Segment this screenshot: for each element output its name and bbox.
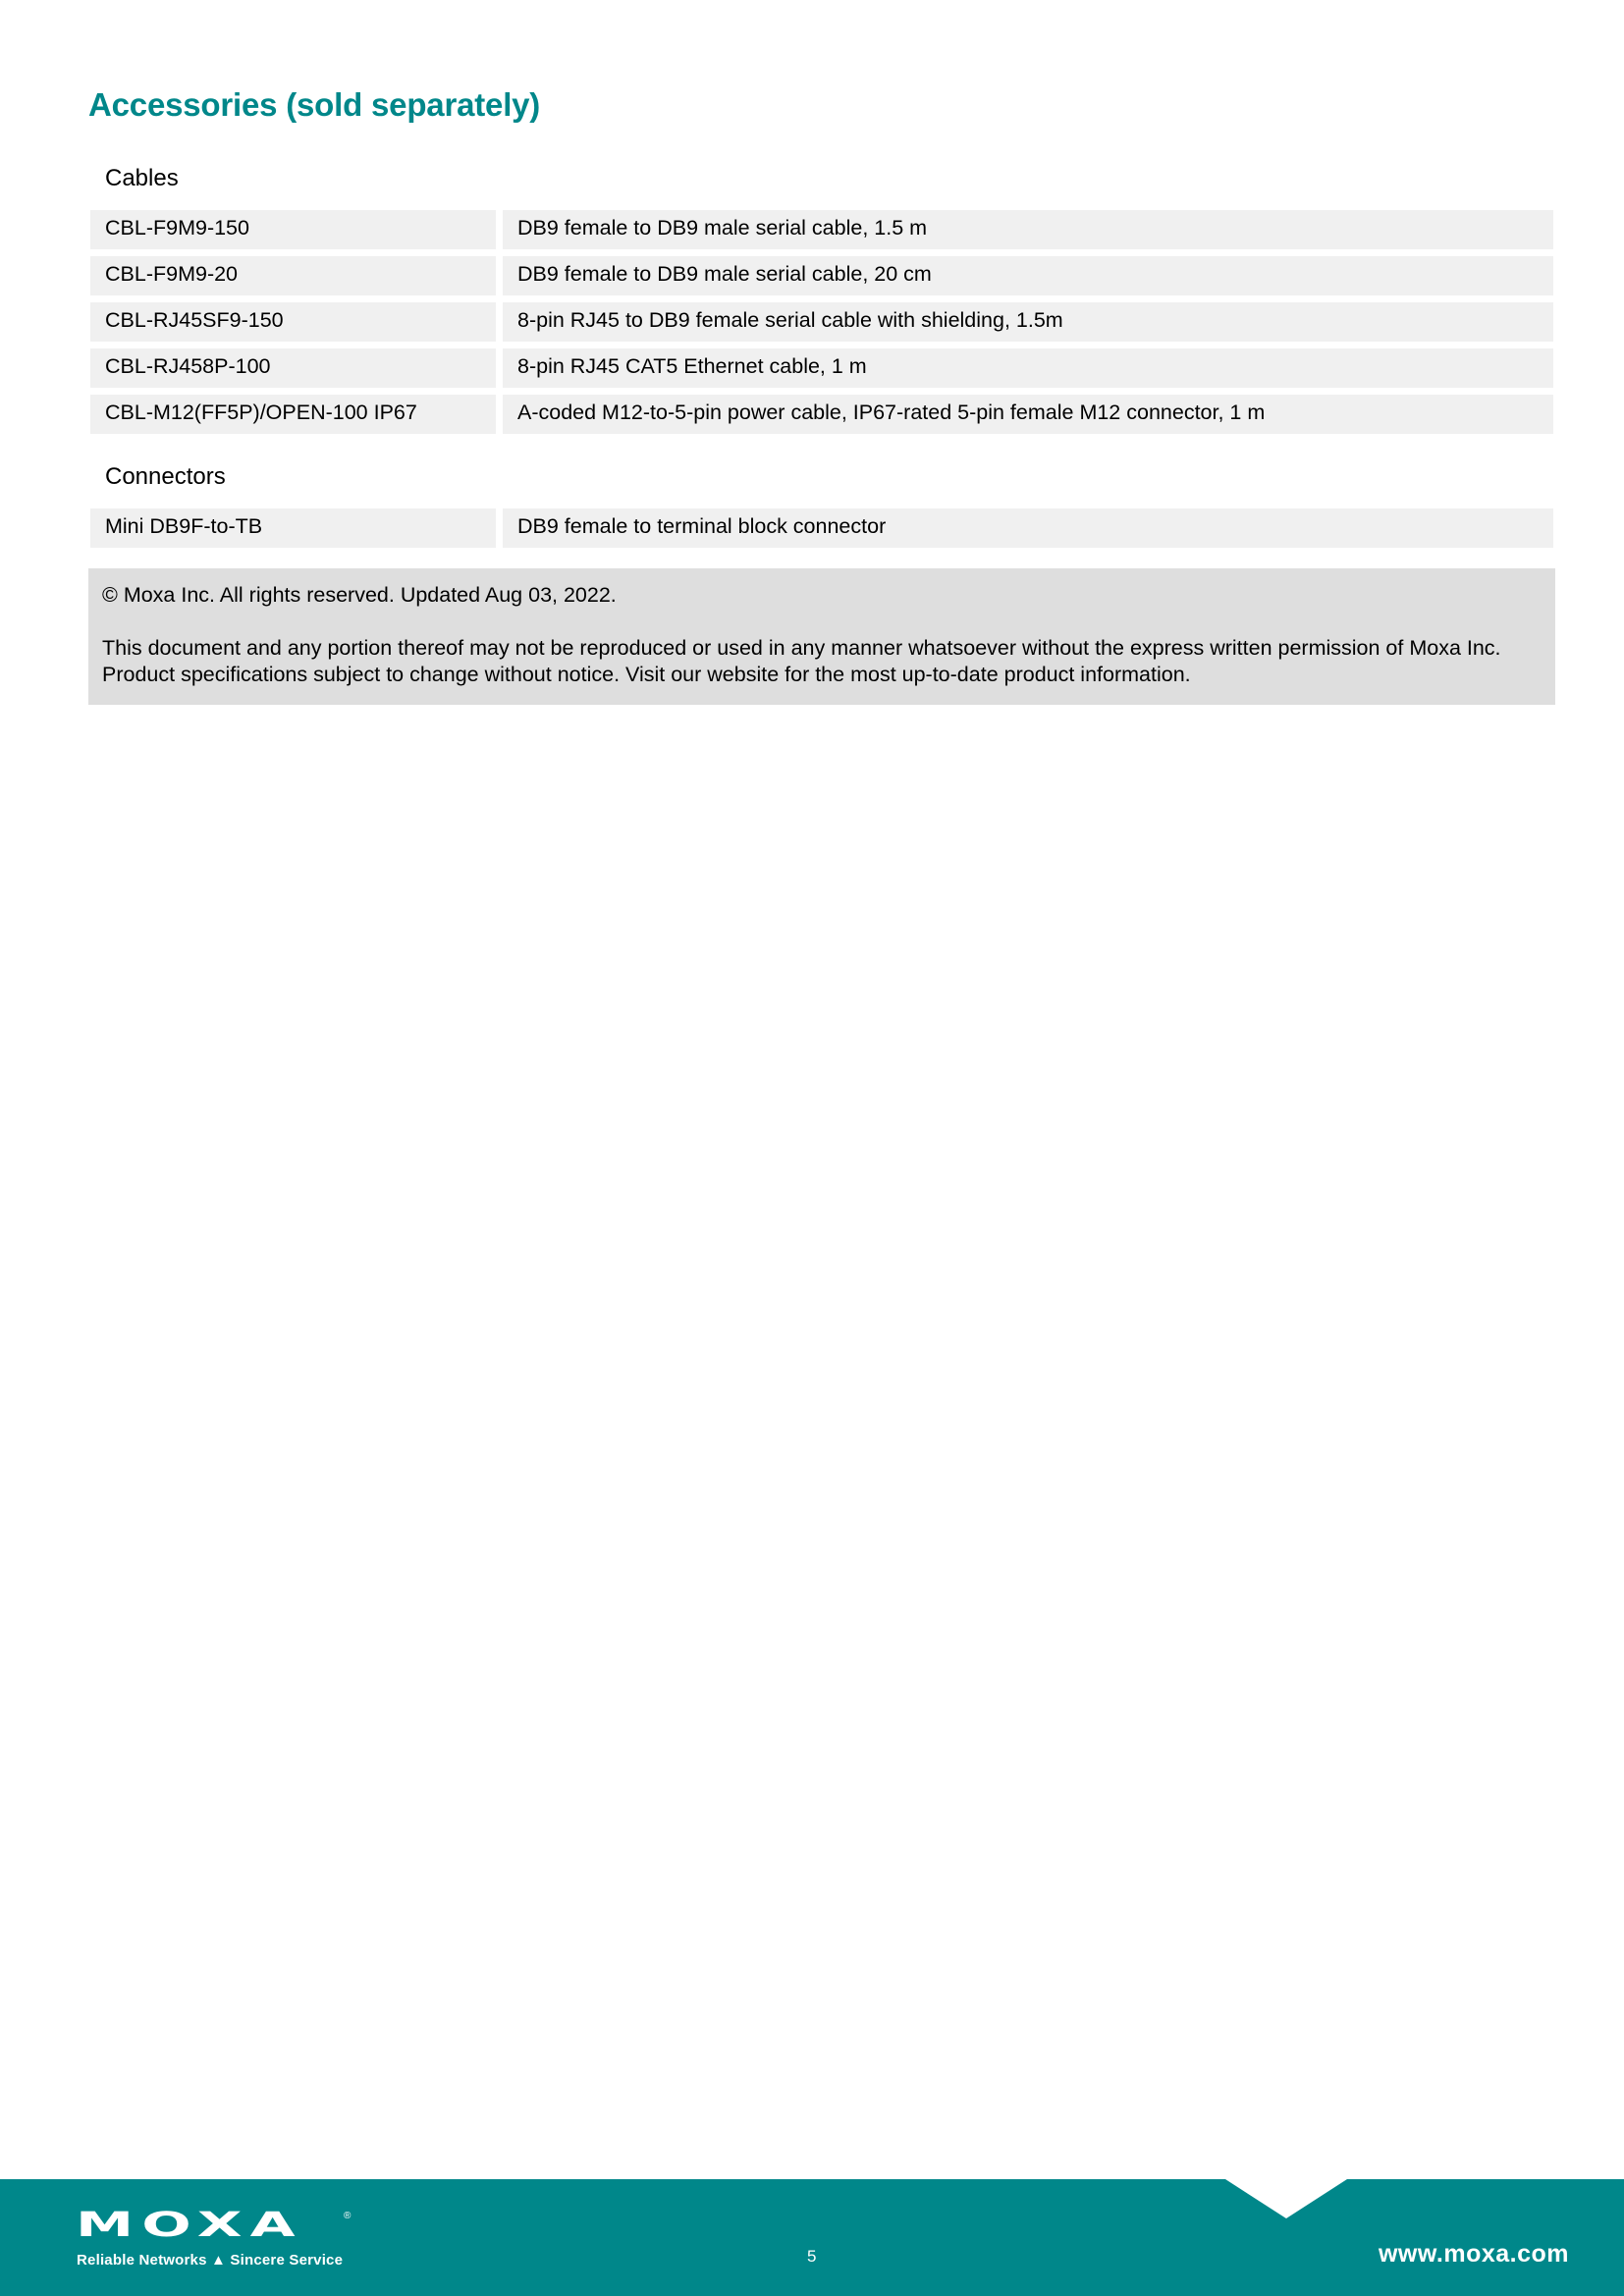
description-cell: DB9 female to terminal block connector — [503, 508, 1553, 548]
model-cell: CBL-F9M9-20 — [90, 256, 496, 295]
table-row: CBL-RJ458P-100 8-pin RJ45 CAT5 Ethernet … — [90, 348, 1553, 388]
model-cell: CBL-F9M9-150 — [90, 210, 496, 249]
description-cell: 8-pin RJ45 CAT5 Ethernet cable, 1 m — [503, 348, 1553, 388]
description-cell: 8-pin RJ45 to DB9 female serial cable wi… — [503, 302, 1553, 342]
copyright-text: © Moxa Inc. All rights reserved. Updated… — [102, 582, 1542, 609]
section-label-cables: Cables — [105, 165, 179, 192]
moxa-logo: MOXA ® Reliable Networks ▲ Sincere Servi… — [76, 2209, 351, 2268]
model-cell: CBL-RJ458P-100 — [90, 348, 496, 388]
legal-text: This document and any portion thereof ma… — [102, 635, 1542, 688]
connectors-table: Mini DB9F-to-TB DB9 female to terminal b… — [90, 508, 1553, 555]
website-link[interactable]: www.moxa.com — [1379, 2240, 1569, 2269]
model-cell: CBL-M12(FF5P)/OPEN-100 IP67 — [90, 395, 496, 434]
table-row: CBL-M12(FF5P)/OPEN-100 IP67 A-coded M12-… — [90, 395, 1553, 434]
cables-table: CBL-F9M9-150 DB9 female to DB9 male seri… — [90, 210, 1553, 441]
model-cell: Mini DB9F-to-TB — [90, 508, 496, 548]
page-number: 5 — [807, 2247, 816, 2267]
registered-mark-icon: ® — [344, 2211, 351, 2221]
logo-wordmark: MOXA — [76, 2209, 303, 2242]
page-footer: MOXA ® Reliable Networks ▲ Sincere Servi… — [0, 2179, 1624, 2296]
model-cell: CBL-RJ45SF9-150 — [90, 302, 496, 342]
description-cell: DB9 female to DB9 male serial cable, 1.5… — [503, 210, 1553, 249]
description-cell: DB9 female to DB9 male serial cable, 20 … — [503, 256, 1553, 295]
table-row: Mini DB9F-to-TB DB9 female to terminal b… — [90, 508, 1553, 548]
table-row: CBL-F9M9-150 DB9 female to DB9 male seri… — [90, 210, 1553, 249]
logo-tagline: Reliable Networks ▲ Sincere Service — [77, 2252, 343, 2269]
section-label-connectors: Connectors — [105, 463, 226, 491]
table-row: CBL-RJ45SF9-150 8-pin RJ45 to DB9 female… — [90, 302, 1553, 342]
footer-notch-shape — [1225, 2179, 1347, 2218]
description-cell: A-coded M12-to-5-pin power cable, IP67-r… — [503, 395, 1553, 434]
copyright-note: © Moxa Inc. All rights reserved. Updated… — [88, 568, 1555, 705]
page-title: Accessories (sold separately) — [88, 86, 540, 124]
table-row: CBL-F9M9-20 DB9 female to DB9 male seria… — [90, 256, 1553, 295]
